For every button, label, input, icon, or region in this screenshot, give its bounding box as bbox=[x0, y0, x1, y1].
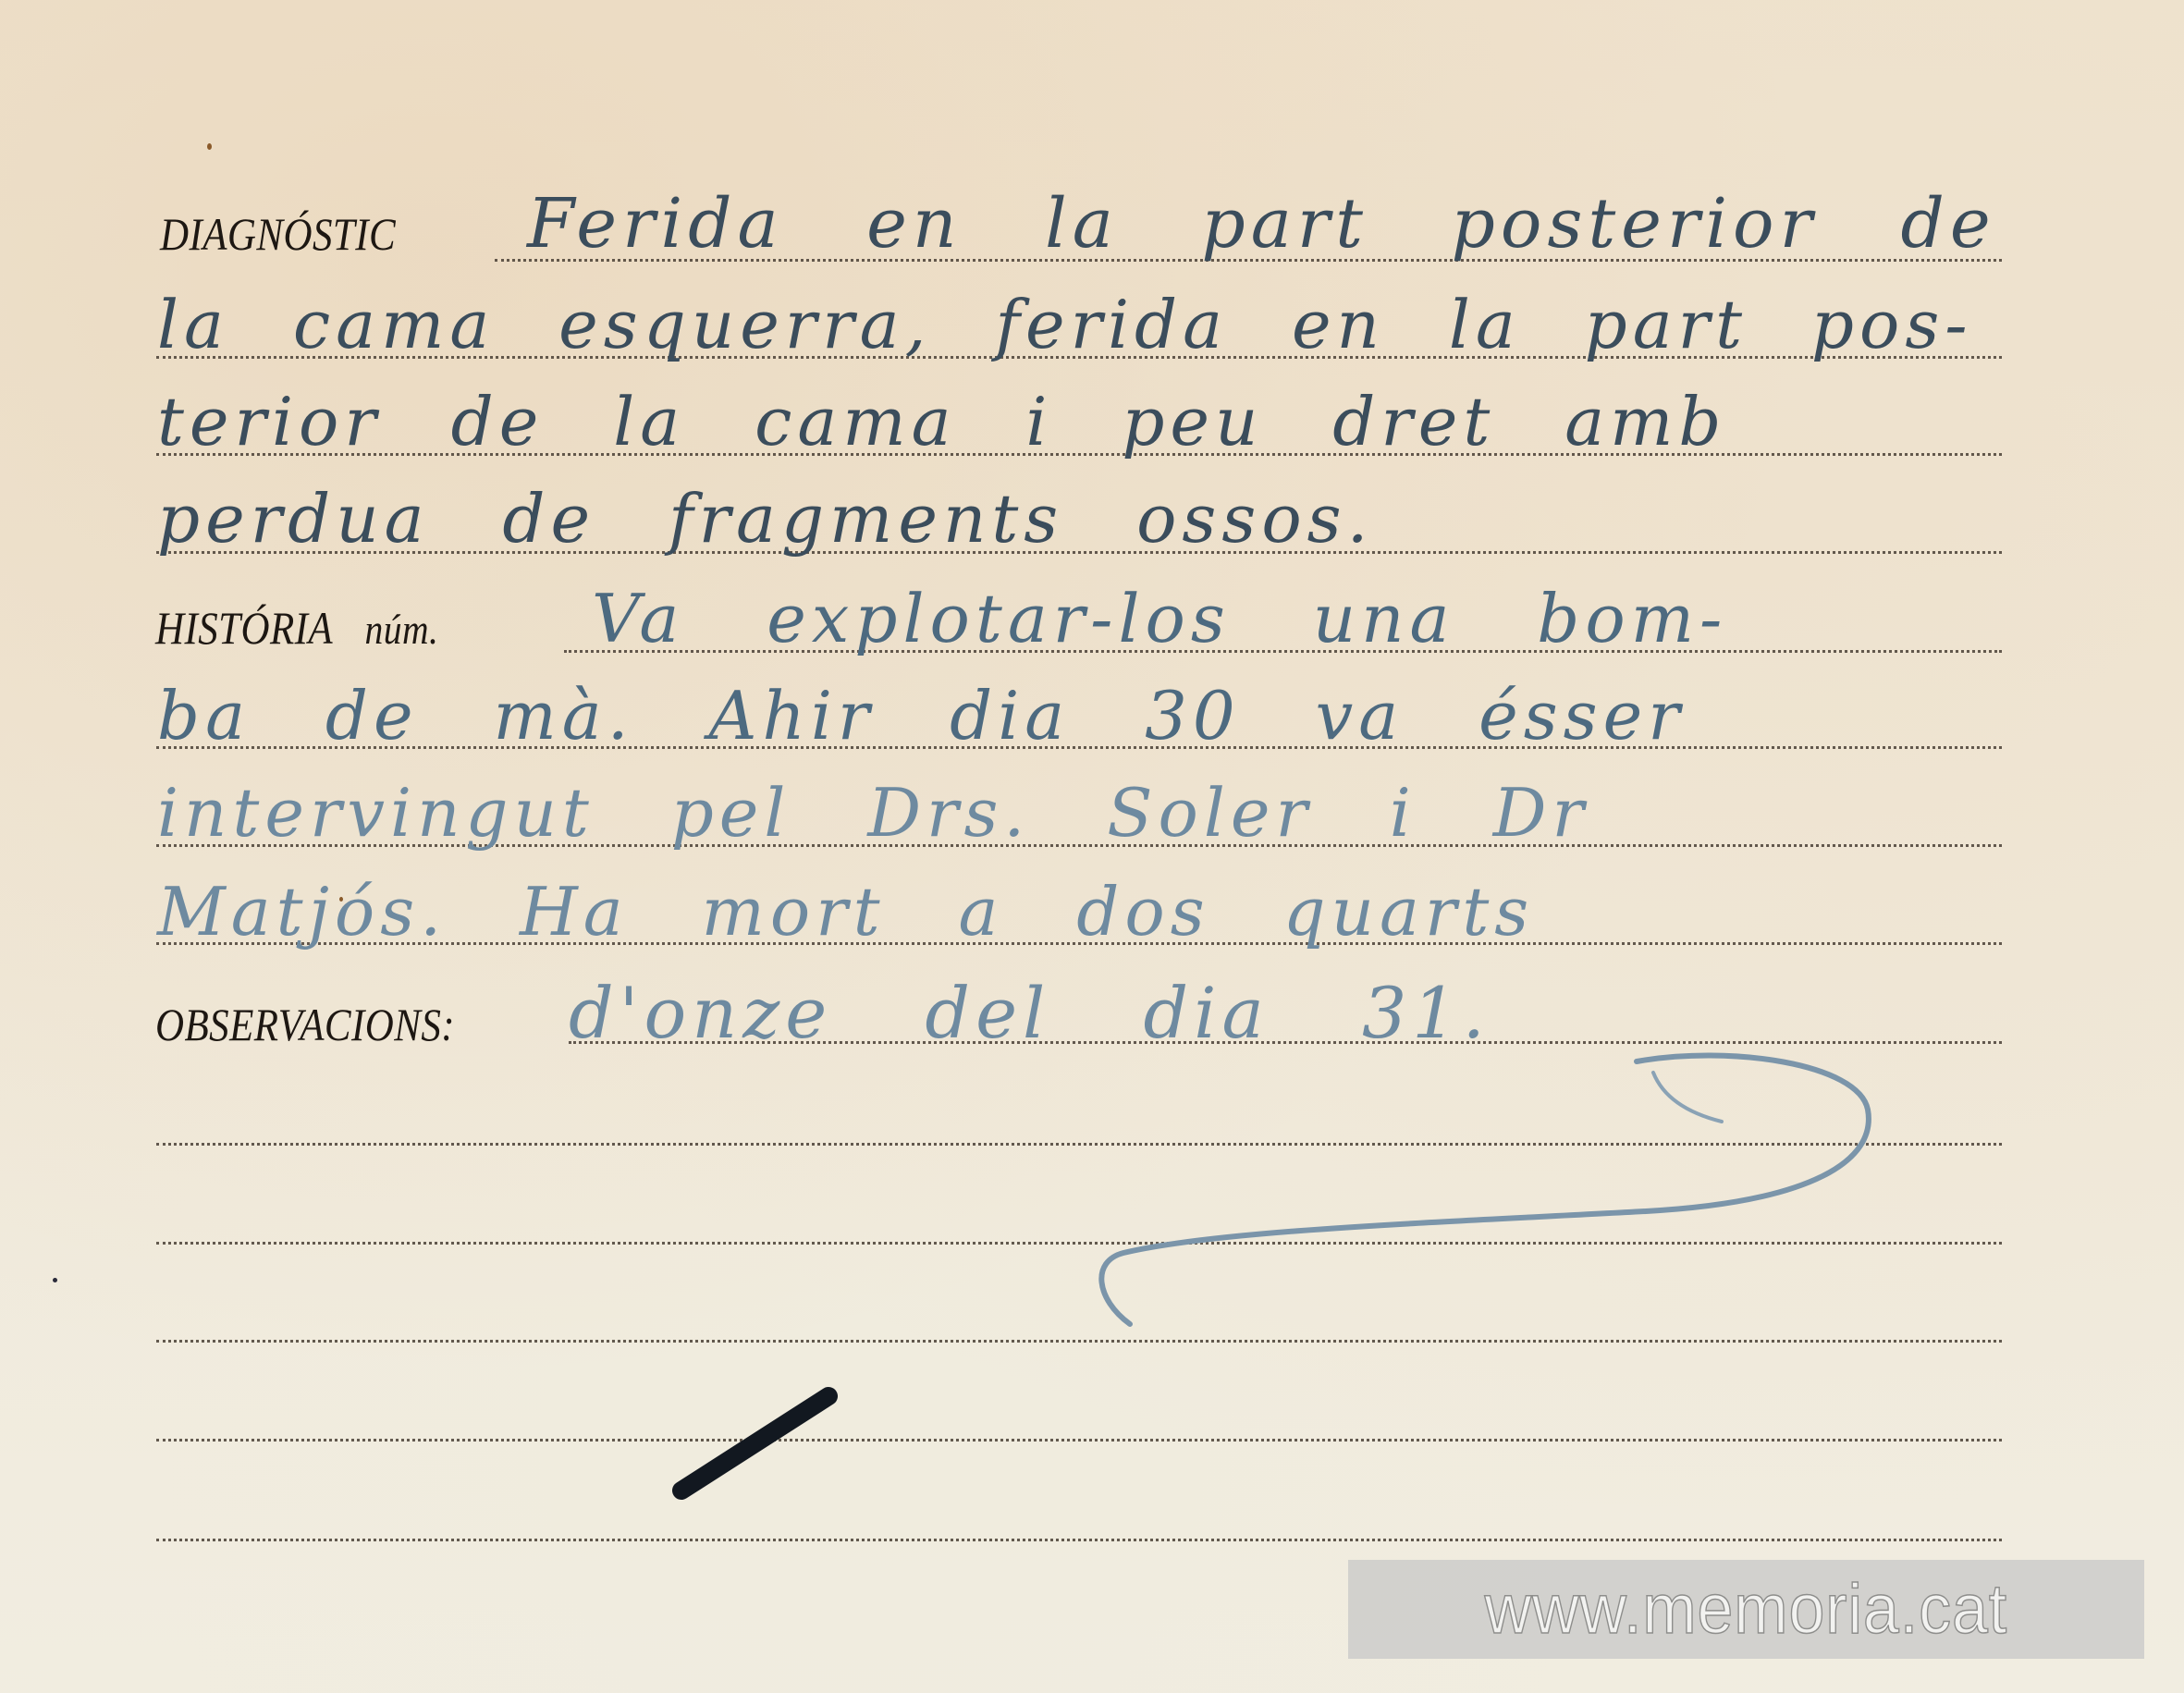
ruled-line-14 bbox=[156, 1539, 2002, 1541]
historia-label-text: HISTÓRIA bbox=[155, 602, 333, 654]
historia-num-label: núm. bbox=[365, 606, 439, 653]
medical-record-card: DIAGNÓSTIC HISTÓRIAnúm. OBSERVACIONS: Fe… bbox=[0, 0, 2184, 1693]
watermark-text: www.memoria.cat bbox=[1485, 1569, 2008, 1650]
observacions-label: OBSERVACIONS: bbox=[155, 1001, 455, 1048]
ruled-line-11 bbox=[156, 1242, 2002, 1245]
historia-text-line-4: Matjós. Ha mort a dos quarts bbox=[157, 878, 1534, 945]
watermark-banner: www.memoria.cat bbox=[1348, 1560, 2144, 1659]
paper-speck bbox=[53, 1278, 57, 1282]
diagnostic-text-line-2: la cama esquerra, ferida en la part pos- bbox=[157, 291, 1973, 358]
historia-text-line-3: intervingut pel Drs. Soler i Dr bbox=[157, 779, 1589, 846]
ruled-line-13 bbox=[156, 1439, 2002, 1442]
historia-text-line-1: Va explotar-los una bom- bbox=[592, 585, 1727, 652]
diagnostic-text-line-1: Ferida en la part posterior de bbox=[527, 190, 1996, 258]
observacions-text-line-1: d'onze del dia 31. bbox=[569, 978, 1491, 1049]
paper-speck bbox=[207, 143, 212, 150]
diagnostic-text-line-4: perdua de fragments ossos. bbox=[157, 485, 1374, 552]
historia-text-line-2: ba de mà. Ahir dia 30 va ésser bbox=[157, 682, 1686, 749]
ruled-line-10 bbox=[156, 1143, 2002, 1146]
ruled-line-12 bbox=[156, 1340, 2002, 1343]
historia-label: HISTÓRIAnúm. bbox=[155, 605, 438, 651]
diagnostic-label: DIAGNÓSTIC bbox=[160, 211, 396, 257]
diagnostic-text-line-3: terior de la cama i peu dret amb bbox=[157, 388, 1727, 455]
